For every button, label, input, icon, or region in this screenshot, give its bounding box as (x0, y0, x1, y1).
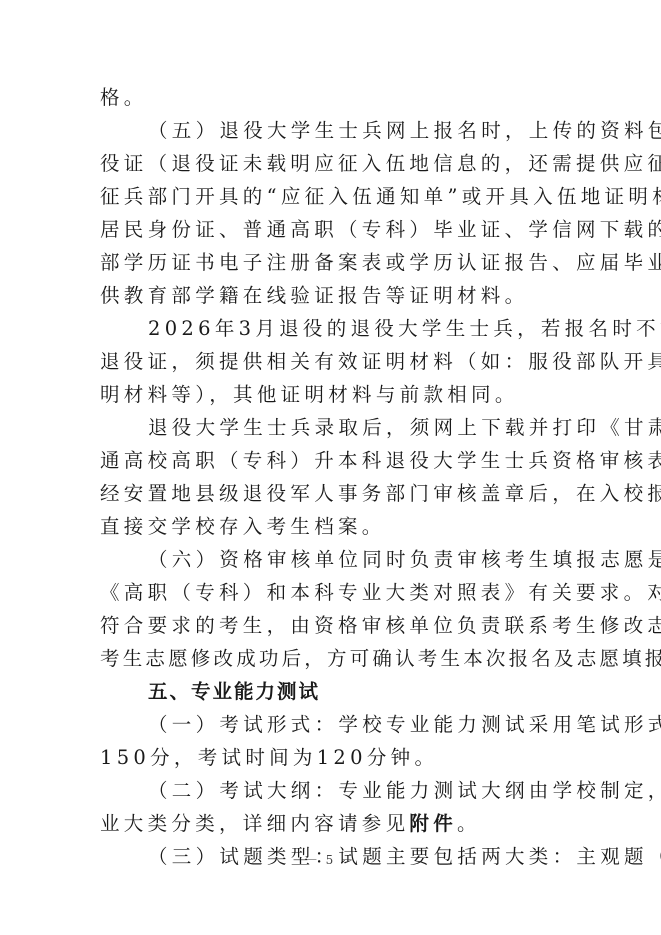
text-line: 考生志愿修改成功后，方可确认考生本次报名及志愿填报完成。 (100, 642, 564, 675)
text-line: 格。 (100, 81, 564, 114)
text-line: 直接交学校存入考生档案。 (100, 510, 564, 543)
text-line: （一）考试形式：学校专业能力测试采用笔试形式，满分 (100, 708, 564, 741)
page-number: － 5 － (0, 851, 661, 868)
text-line: 150分，考试时间为120分钟。 (100, 741, 564, 774)
section-heading: 五、专业能力测试 (100, 675, 564, 708)
attachment-reference: 附件 (409, 812, 457, 835)
text-line: 征兵部门开具的“应征入伍通知单”或开具入伍地证明材料）、 (100, 180, 564, 213)
text-line: （五）退役大学生士兵网上报名时，上传的资料包括：退 (100, 114, 564, 147)
text-line: 居民身份证、普通高职（专科）毕业证、学信网下载的教育 (100, 213, 564, 246)
text-line: 部学历证书电子注册备案表或学历认证报告、应届毕业生提 (100, 246, 564, 279)
attachment-line: 业大类分类，详细内容请参见附件。 (100, 807, 564, 840)
text-line: 经安置地县级退役军人事务部门审核盖章后，在入校报到时 (100, 477, 564, 510)
text-span: 业大类分类，详细内容请参见 (100, 812, 409, 835)
text-line: 通高校高职（专科）升本科退役大学生士兵资格审核表》， (100, 444, 564, 477)
text-line: 供教育部学籍在线验证报告等证明材料。 (100, 279, 564, 312)
body-text: 格。 （五）退役大学生士兵网上报名时，上传的资料包括：退 役证（退役证未载明应征… (100, 81, 564, 873)
text-line: 退役证，须提供相关有效证明材料（如：服役部队开具的证 (100, 345, 564, 378)
document-page: 格。 （五）退役大学生士兵网上报名时，上传的资料包括：退 役证（退役证未载明应征… (0, 0, 661, 935)
text-line: 符合要求的考生，由资格审核单位负责联系考生修改志愿。待 (100, 609, 564, 642)
text-line: 2026年3月退役的退役大学生士兵，若报名时不能提供 (100, 312, 564, 345)
text-line: （二）考试大纲：专业能力测试大纲由学校制定，按照专 (100, 774, 564, 807)
text-span: 。 (457, 812, 481, 835)
text-line: 役证（退役证未载明应征入伍地信息的，还需提供应征入伍地 (100, 147, 564, 180)
text-line: 《高职（专科）和本科专业大类对照表》有关要求。对志愿不 (100, 576, 564, 609)
text-line: （六）资格审核单位同时负责审核考生填报志愿是否符合 (100, 543, 564, 576)
text-line: 明材料等），其他证明材料与前款相同。 (100, 378, 564, 411)
text-line: 退役大学生士兵录取后，须网上下载并打印《甘肃省普 (100, 411, 564, 444)
